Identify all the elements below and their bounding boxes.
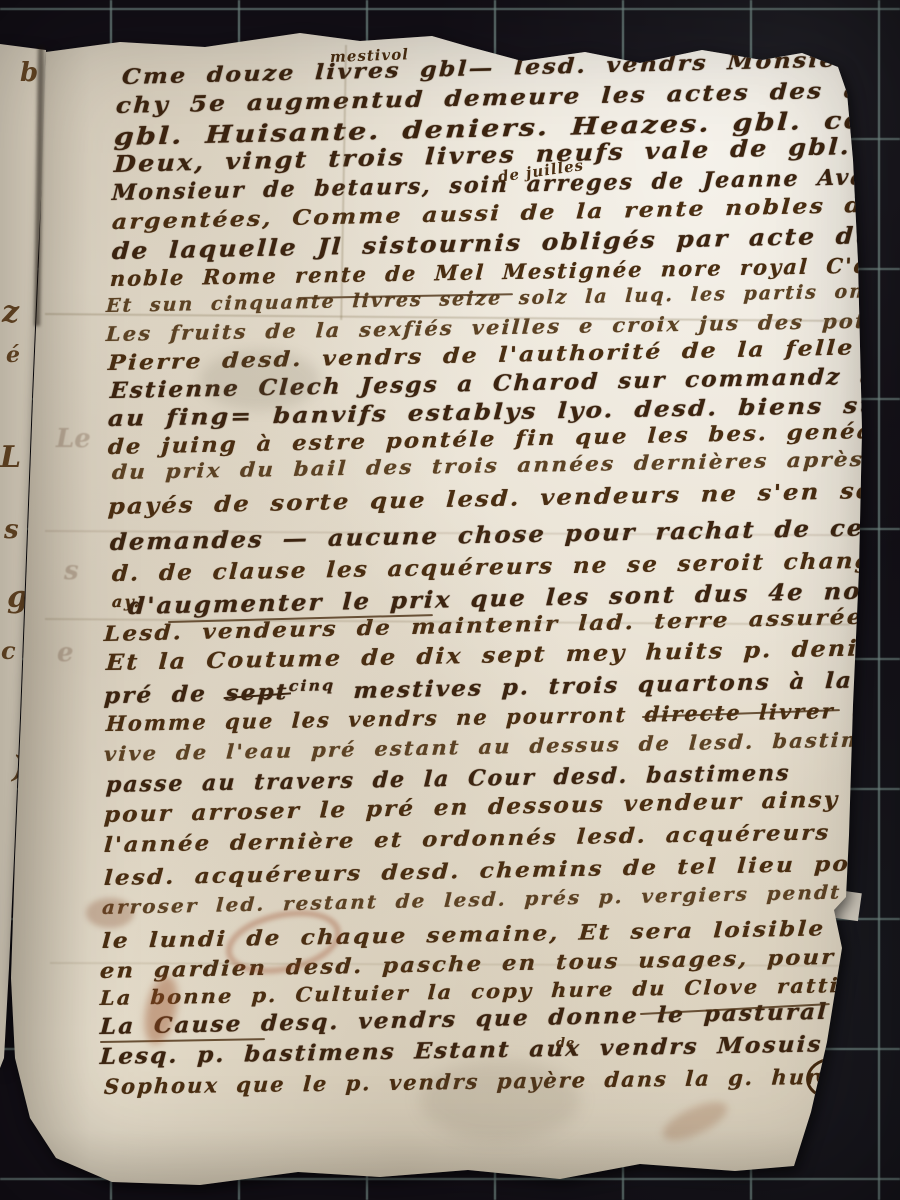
- stain-blot-4: [658, 1094, 732, 1147]
- interline-insertion-3: de: [556, 1036, 575, 1051]
- interline-insertion-1: mestivol: [330, 45, 409, 66]
- manuscript-sheet-wrap: Cme douze livres gbl— lesd. vendrs Monsi…: [0, 0, 900, 1200]
- notary-paraph-flourish: [803, 1054, 857, 1102]
- line-segment-sup: cinq: [288, 676, 335, 695]
- stain-blot-3: [86, 898, 134, 928]
- line-segment: pré de: [103, 681, 226, 710]
- stain-blot-5: [200, 350, 320, 410]
- manuscript-sheet: Cme douze livres gbl— lesd. vendrs Monsi…: [0, 0, 900, 1200]
- show-through-ghost-3: e: [57, 638, 74, 668]
- line-segment-struck: sept: [225, 679, 289, 706]
- handwriting-layer: Cme douze livres gbl— lesd. vendrs Monsi…: [0, 0, 900, 1200]
- stain-blot-6: [420, 1060, 580, 1140]
- show-through-ghost-2: s: [64, 556, 79, 586]
- photo-of-manuscript: bzéLsgc) Cme douze livres gbl— lesd. ven…: [0, 0, 900, 1200]
- show-through-ghost-1: Le: [56, 424, 91, 454]
